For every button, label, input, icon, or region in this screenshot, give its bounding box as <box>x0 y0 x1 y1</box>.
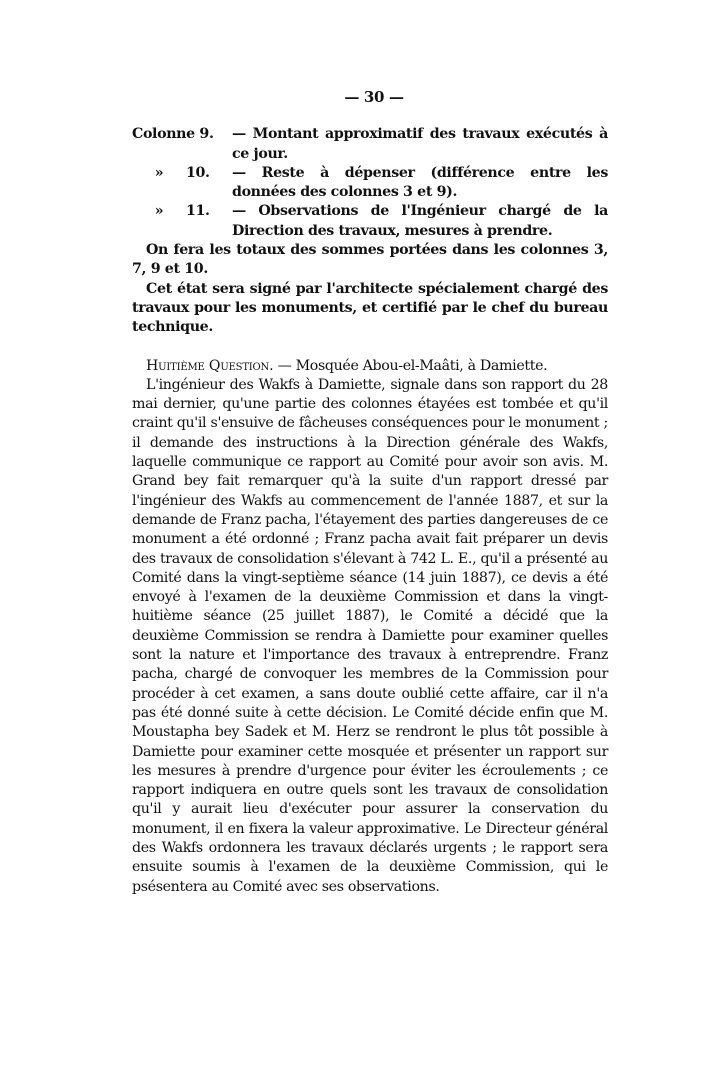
page-number: — 30 — <box>132 88 608 107</box>
section-body: L'ingénieur des Wakfs à Damiette, signal… <box>132 376 608 897</box>
column-item: »11. — Observations de l'Ingénieur charg… <box>132 202 608 241</box>
paragraph-signature: Cet état sera signé par l'architecte spé… <box>132 280 608 338</box>
column-description: — Reste à dépenser (différence entre les… <box>232 164 608 203</box>
column-description: — Observations de l'Ingénieur chargé de … <box>232 202 608 241</box>
column-description: — Montant approximatif des travaux exécu… <box>232 125 608 164</box>
paragraph-totals: On fera les totaux des sommes portées da… <box>132 241 608 280</box>
spacer <box>132 338 608 357</box>
section-heading-label: Huitième Question. <box>146 358 273 374</box>
column-item: Colonne 9. — Montant approximatif des tr… <box>132 125 608 164</box>
section-heading-title: — Mosquée Abou-el-Maâti, à Damiette. <box>273 358 547 374</box>
document-page: — 30 — Colonne 9. — Montant approximatif… <box>132 88 608 897</box>
column-item: »10. — Reste à dépenser (différence entr… <box>132 164 608 203</box>
section-heading: Huitième Question. — Mosquée Abou-el-Maâ… <box>132 357 608 376</box>
column-list: Colonne 9. — Montant approximatif des tr… <box>132 125 608 241</box>
